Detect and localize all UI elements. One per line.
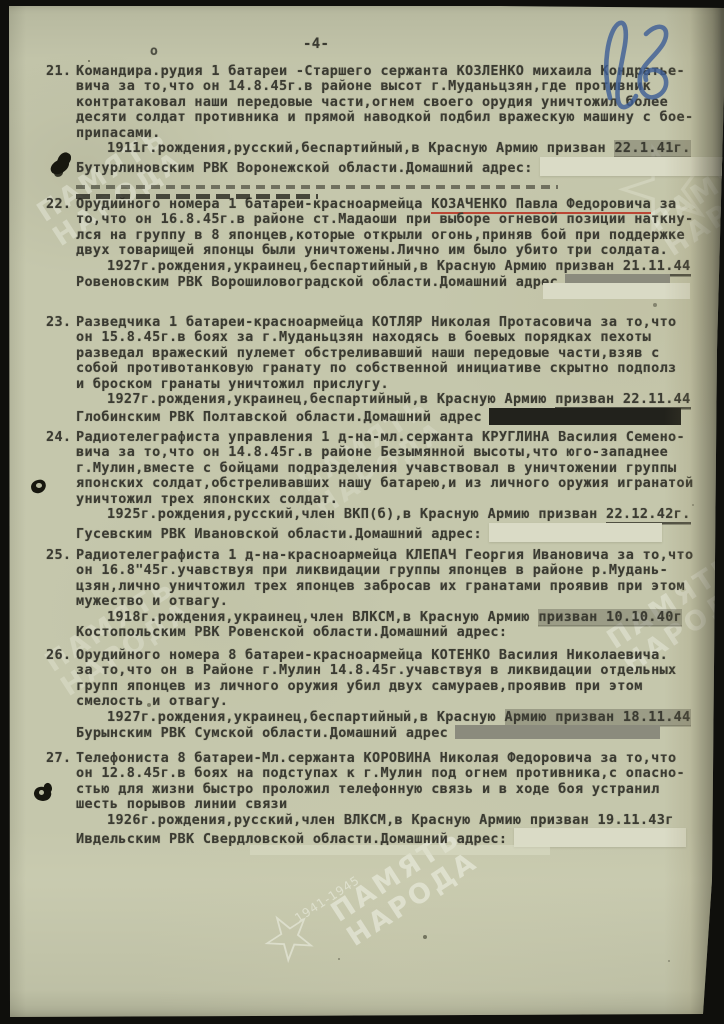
entry-line: Глобинским РВК Полтавской области.Домашн…: [76, 408, 716, 423]
entry-number: 23.: [46, 315, 71, 330]
entry-line: смелость и отвагу.: [76, 694, 716, 709]
faded-patch: [250, 845, 550, 855]
entry-line: японских солдат,обстреливавших нашу бата…: [76, 476, 716, 491]
award-entry: 27.Телефониста 8 батареи-Мл.сержанта КОР…: [76, 751, 716, 844]
entry-line: 1927г.рождения,украинец,беспартийный,в К…: [76, 392, 716, 407]
entry-line: мужество и отвагу.: [76, 594, 716, 609]
entry-line: припасами.: [76, 126, 716, 141]
redaction-bar: [540, 157, 724, 176]
award-entry: 24.Радиотелеграфиста управления 1 д-на-м…: [76, 430, 716, 538]
entry-line: он 12.8.45г.в боях на подступах к г.Мули…: [76, 766, 716, 781]
entry-line: Ивдельским РВК Свердловской области.Дома…: [76, 828, 716, 843]
entry-line: 1911г.рождения,русский,беспартийный,в Кр…: [76, 141, 716, 156]
dust-specks: [88, 60, 90, 62]
award-entry: 22.Орудийного номера 1 батареи-красноарм…: [76, 197, 716, 290]
entry-number: 27.: [46, 751, 71, 766]
paper-sheet: ПАМЯТЬ НАРОДА ☆ ПАМЯТЬ НАРОДА ПАМЯТЬ НАР…: [0, 0, 724, 1024]
redaction-bar: [455, 725, 660, 739]
award-entry: 26.Орудийного номера 8 батареи-красноарм…: [76, 648, 716, 741]
award-entry: 25.Радиотелеграфиста 1 д-на-красноармейц…: [76, 548, 716, 641]
entry-line: Бурынским РВК Сумской области.Домашний а…: [76, 725, 716, 740]
entry-line: собой противотанковую гранату по собстве…: [76, 361, 716, 376]
entry-line: разведал вражеский пулемет обстреливавши…: [76, 346, 716, 361]
award-entry: 23.Разведчика 1 батареи-красноармейца КО…: [76, 315, 716, 423]
entry-line: то,что он 16.8.45г.в районе ст.Мадаоши п…: [76, 212, 716, 227]
redaction-bar: [543, 283, 690, 299]
handwritten-ink-mark: [588, 14, 688, 124]
entry-line: 1926г.рождения,русский,член ВЛКСМ,в Крас…: [76, 813, 716, 828]
entry-line: 1925г.рождения,русский,член ВКП(б),в Кра…: [76, 507, 716, 522]
entry-line: вича за то,что он 14.8.45г.в районе Безы…: [76, 445, 716, 460]
entry-line: 1918г.рождения,украинец,член ВЛКСМ,в Кра…: [76, 610, 716, 625]
entry-line: 1927г.рождения,украинец,беспартийный,в К…: [76, 710, 716, 725]
entry-line: Костопольским РВК Ровенской области.Дома…: [76, 625, 716, 640]
entry-line: и броском гранаты уничтожил прислугу.: [76, 377, 716, 392]
entry-line: за то,что он в Районе г.Мулин 14.8.45г.у…: [76, 663, 716, 678]
entry-line: групп японцев из личного оружия убил дву…: [76, 679, 716, 694]
entry-number: 26.: [46, 648, 71, 663]
entry-line: двух товарищей японцы были уничтожены.Ли…: [76, 243, 716, 258]
entry-number: 22.: [46, 197, 71, 212]
entry-line: лся на группу в 8 японцев,которые открыл…: [76, 228, 716, 243]
entry-line: он 15.8.45г.в боях за г.Муданьцзян наход…: [76, 330, 716, 345]
strikethrough-marks: [76, 185, 558, 189]
redaction-bar: [489, 523, 662, 542]
entry-number: 24.: [46, 430, 71, 445]
entry-number: 25.: [46, 548, 71, 563]
entry-line: Гусевским РВК Ивановской области.Домашни…: [76, 523, 716, 538]
entries: 21.Командира.рудия 1 батареи -Старшего с…: [0, 0, 724, 1024]
entry-line: уничтожил трех японских солдат.: [76, 492, 716, 507]
scanned-document-page: { "document": { "page_number": "-4-", "s…: [0, 0, 724, 1024]
entry-line: 1927г.рождения,украинец,беспартийный,в К…: [76, 259, 716, 274]
entry-line: шесть порывов линии связи: [76, 797, 716, 812]
entry-line: Бутурлиновским РВК Воронежской области.Д…: [76, 157, 716, 172]
redaction-bar: [489, 408, 681, 425]
entry-line: г.Мулин,вместе с бойцами подразделения у…: [76, 461, 716, 476]
entry-line: он 16.8"45г.учавствуя при ликвидации гру…: [76, 563, 716, 578]
entry-line: стью для жизни быстро проложил телефонну…: [76, 782, 716, 797]
entry-number: 21.: [46, 64, 71, 79]
entry-line: цзян,лично уничтожил трех японцев заброс…: [76, 579, 716, 594]
strikethrough-marks: [76, 194, 318, 199]
